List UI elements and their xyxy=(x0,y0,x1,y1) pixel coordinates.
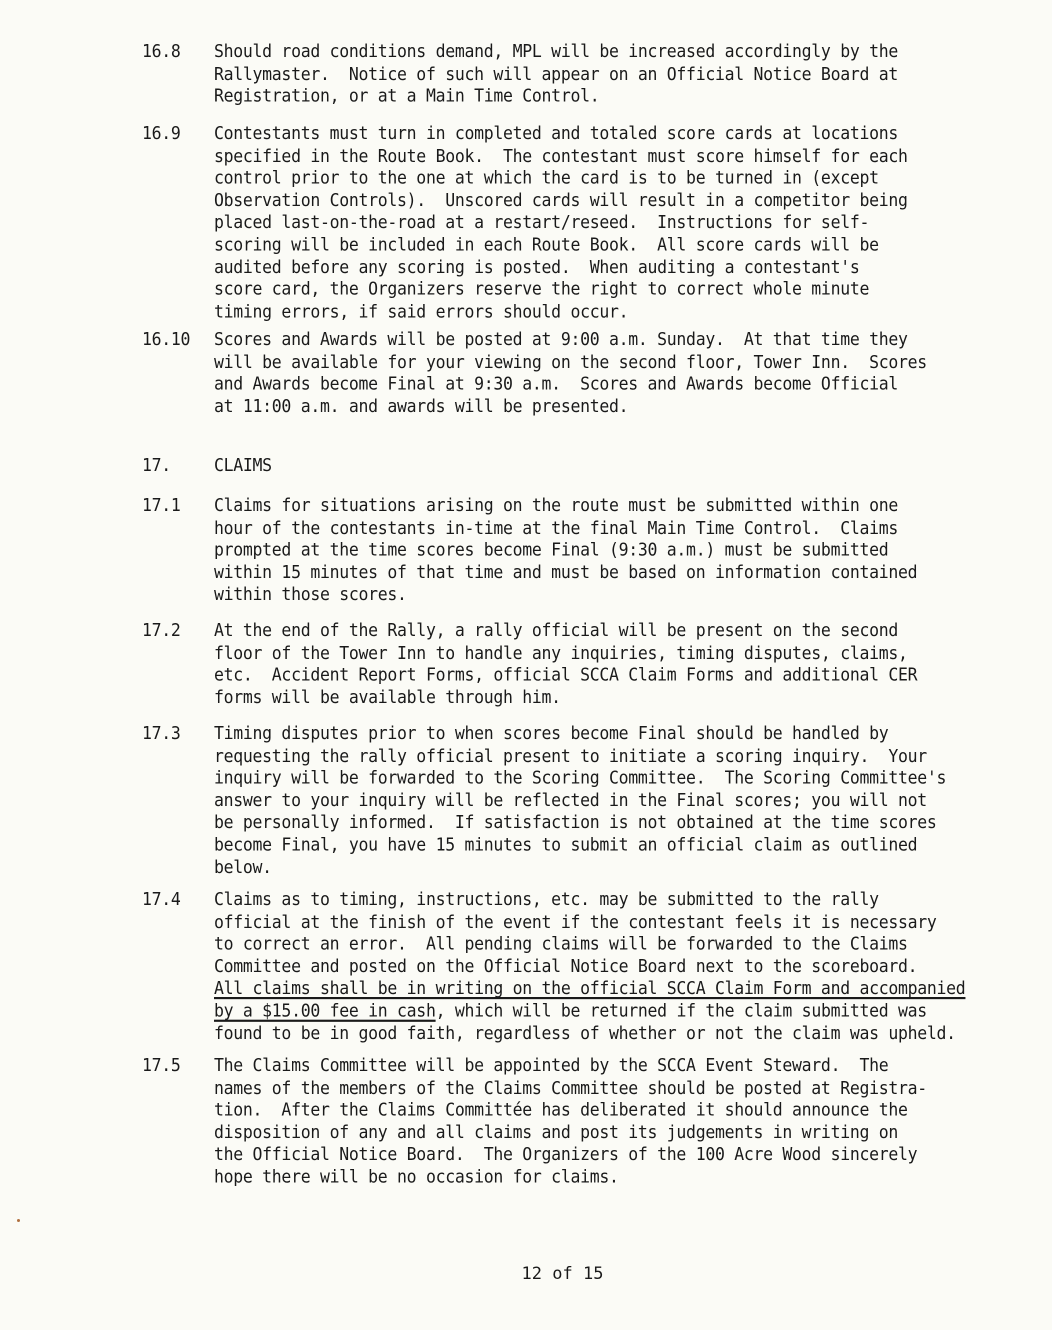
text-line: score card, the Organizers reserve the r… xyxy=(214,279,1022,301)
section-text: Claims as to timing, instructions, etc. … xyxy=(214,889,1022,1045)
text-line: be personally informed. If satisfaction … xyxy=(214,812,1022,834)
text-line: hope there will be no occasion for claim… xyxy=(214,1166,1022,1188)
text-line: to correct an error. All pending claims … xyxy=(214,933,1022,955)
text-fragment: , which will be returned if the claim su… xyxy=(436,1000,927,1021)
section-16-9: 16.9 Contestants must turn in completed … xyxy=(142,123,1022,308)
text-line: Claims for situations arising on the rou… xyxy=(214,495,1022,517)
text-line: official at the finish of the event if t… xyxy=(214,911,1022,933)
text-line: Rallymaster. Notice of such will appear … xyxy=(214,63,1022,85)
text-line: tion. After the Claims Committée has del… xyxy=(214,1099,1022,1121)
section-text: Contestants must turn in completed and t… xyxy=(214,123,1022,323)
text-line: specified in the Route Book. The contest… xyxy=(214,145,1022,167)
section-number: 16.8 xyxy=(142,41,214,108)
text-line: Registration, or at a Main Time Control. xyxy=(214,85,1022,107)
text-line: At the end of the Rally, a rally officia… xyxy=(214,620,1022,642)
text-line: inquiry will be forwarded to the Scoring… xyxy=(214,767,1022,789)
text-line: answer to your inquiry will be reflected… xyxy=(214,790,1022,812)
text-line: become Final, you have 15 minutes to sub… xyxy=(214,834,1022,856)
text-line: timing errors, if said errors should occ… xyxy=(214,301,1022,323)
section-number: 16.10 xyxy=(142,329,214,418)
section-heading: CLAIMS xyxy=(214,455,1022,477)
text-line: Committee and posted on the Official Not… xyxy=(214,956,1022,978)
text-line: Timing disputes prior to when scores bec… xyxy=(214,723,1022,745)
section-17-1: 17.1 Claims for situations arising on th… xyxy=(142,495,1022,598)
section-16-8: 16.8 Should road conditions demand, MPL … xyxy=(142,41,1022,103)
heading-text: CLAIMS xyxy=(214,455,1022,477)
text-line: disposition of any and all claims and po… xyxy=(214,1122,1022,1144)
text-line: The Claims Committee will be appointed b… xyxy=(214,1055,1022,1077)
section-number: 17. xyxy=(142,455,214,477)
text-line: control prior to the one at which the ca… xyxy=(214,167,1022,189)
underlined-text-line: All claims shall be in writing on the of… xyxy=(214,978,1022,1000)
section-text: Scores and Awards will be posted at 9:00… xyxy=(214,329,1022,418)
text-line: names of the members of the Claims Commi… xyxy=(214,1077,1022,1099)
section-17-heading: 17. CLAIMS xyxy=(142,455,1022,476)
section-text: Claims for situations arising on the rou… xyxy=(214,495,1022,606)
text-line: and Awards become Final at 9:30 a.m. Sco… xyxy=(214,373,1022,395)
text-line: Claims as to timing, instructions, etc. … xyxy=(214,889,1022,911)
text-line: prompted at the time scores become Final… xyxy=(214,539,1022,561)
section-text: Should road conditions demand, MPL will … xyxy=(214,41,1022,108)
page-number: 12 of 15 xyxy=(0,1264,1052,1284)
document-page: 16.8 Should road conditions demand, MPL … xyxy=(0,0,1052,1330)
text-line: etc. Accident Report Forms, official SCC… xyxy=(214,664,1022,686)
text-line: hour of the contestants in-time at the f… xyxy=(214,517,1022,539)
text-line: within 15 minutes of that time and must … xyxy=(214,562,1022,584)
text-line: will be available for your viewing on th… xyxy=(214,351,1022,373)
text-line: below. xyxy=(214,856,1022,878)
section-17-3: 17.3 Timing disputes prior to when score… xyxy=(142,723,1022,867)
section-text: Timing disputes prior to when scores bec… xyxy=(214,723,1022,879)
section-number: 17.5 xyxy=(142,1055,214,1188)
text-line: within those scores. xyxy=(214,584,1022,606)
section-16-10: 16.10 Scores and Awards will be posted a… xyxy=(142,329,1022,411)
section-number: 17.1 xyxy=(142,495,214,606)
text-line: the Official Notice Board. The Organizer… xyxy=(214,1144,1022,1166)
section-17-5: 17.5 The Claims Committee will be appoin… xyxy=(142,1055,1022,1179)
section-number: 16.9 xyxy=(142,123,214,323)
text-line: Observation Controls). Unscored cards wi… xyxy=(214,190,1022,212)
text-line: forms will be available through him. xyxy=(214,687,1022,709)
text-line: Scores and Awards will be posted at 9:00… xyxy=(214,329,1022,351)
text-line: Contestants must turn in completed and t… xyxy=(214,123,1022,145)
section-number: 17.3 xyxy=(142,723,214,879)
text-line: found to be in good faith, regardless of… xyxy=(214,1022,1022,1044)
section-text: The Claims Committee will be appointed b… xyxy=(214,1055,1022,1188)
text-line: scoring will be included in each Route B… xyxy=(214,234,1022,256)
text-line: Should road conditions demand, MPL will … xyxy=(214,41,1022,63)
text-line: floor of the Tower Inn to handle any inq… xyxy=(214,642,1022,664)
underlined-fee-text: by a $15.00 fee in cash xyxy=(214,1000,436,1021)
text-line: requesting the rally official present to… xyxy=(214,745,1022,767)
text-line: placed last-on-the-road at a restart/res… xyxy=(214,212,1022,234)
section-number: 17.2 xyxy=(142,620,214,709)
text-line: at 11:00 a.m. and awards will be present… xyxy=(214,396,1022,418)
section-text: At the end of the Rally, a rally officia… xyxy=(214,620,1022,709)
scan-speck xyxy=(17,1219,20,1222)
section-17-2: 17.2 At the end of the Rally, a rally of… xyxy=(142,620,1022,702)
text-line: audited before any scoring is posted. Wh… xyxy=(214,256,1022,278)
section-number: 17.4 xyxy=(142,889,214,1045)
section-17-4: 17.4 Claims as to timing, instructions, … xyxy=(142,889,1022,1033)
